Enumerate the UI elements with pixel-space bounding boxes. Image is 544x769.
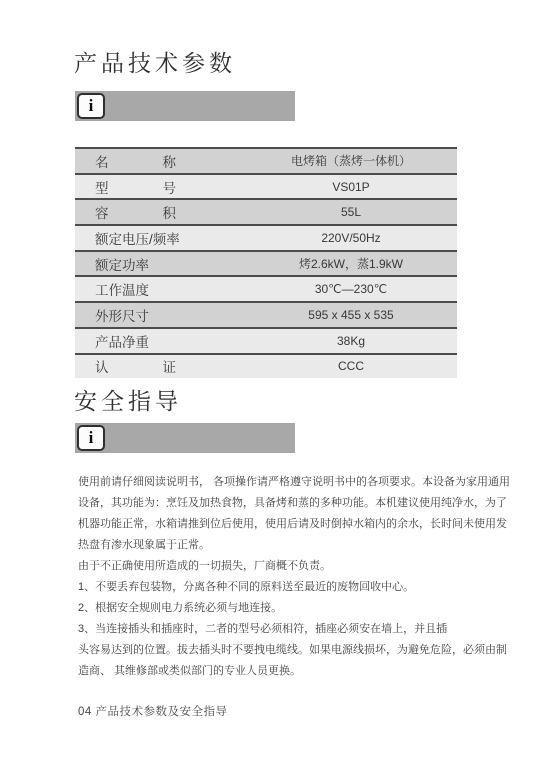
- table-row: 产品净重 38Kg: [75, 327, 457, 353]
- manual-page: 产品技术参数 i 名 称 电烤箱（蒸烤一体机） 型 号 VS01P 容 积 55…: [0, 0, 544, 769]
- section-title-safety: 安全指导: [74, 388, 182, 414]
- safety-line: 3、当连接插头和插座时，二者的型号必须相符，插座必须安在墙上，并且插: [78, 619, 518, 640]
- info-bar-safety: i: [75, 423, 295, 453]
- spec-label: 工作温度: [75, 279, 245, 299]
- spec-label: 产品净重: [75, 331, 245, 351]
- spec-value: 38Kg: [245, 334, 457, 348]
- spec-value: 30℃—230℃: [245, 282, 457, 296]
- safety-line: 使用前请仔细阅读说明书， 各项操作请严格遵守说明书中的各项要求。本设备为家用通用: [78, 472, 518, 493]
- spec-value: CCC: [245, 359, 457, 373]
- table-row: 外形尺寸 595 x 455 x 535: [75, 301, 457, 327]
- table-row: 额定电压/频率 220V/50Hz: [75, 224, 457, 250]
- safety-line: 头容易达到的位置。拔去插头时不要拽电缆线。如果电源线损坏，为避免危险，必须由制: [78, 640, 518, 661]
- safety-line: 热盘有渗水现象属于正常。: [78, 535, 518, 556]
- info-bar-specs: i: [75, 91, 295, 121]
- spec-value: 220V/50Hz: [245, 231, 457, 245]
- info-icon-glyph: i: [89, 97, 94, 114]
- spec-value: 55L: [245, 205, 457, 219]
- safety-line: 造商、 其维修部或类似部门的专业人员更换。: [78, 661, 518, 682]
- spec-value: 595 x 455 x 535: [245, 308, 457, 322]
- spec-label: 名 称: [75, 151, 245, 171]
- section-title-specs: 产品技术参数: [74, 50, 236, 76]
- spec-table: 名 称 电烤箱（蒸烤一体机） 型 号 VS01P 容 积 55L 额定电压/频率…: [75, 147, 457, 378]
- table-row: 认 证 CCC: [75, 353, 457, 379]
- safety-line: 机器功能正常，水箱请推到位后使用，使用后请及时倒掉水箱内的余水，长时间未使用发: [78, 514, 518, 535]
- page-footer: 04 产品技术参数及安全指导: [78, 703, 228, 719]
- safety-line: 2、根据安全规则电力系统必须与地连接。: [78, 598, 518, 619]
- table-row: 容 积 55L: [75, 198, 457, 224]
- table-row: 名 称 电烤箱（蒸烤一体机）: [75, 147, 457, 173]
- spec-label: 型 号: [75, 177, 245, 197]
- table-row: 额定功率 烤2.6kW，蒸1.9kW: [75, 250, 457, 276]
- safety-line: 设备，其功能为：烹饪及加热食物，具备烤和蒸的多种功能。本机建议使用纯净水，为了: [78, 493, 518, 514]
- spec-value: 烤2.6kW，蒸1.9kW: [245, 255, 457, 272]
- spec-label: 额定功率: [75, 254, 245, 274]
- safety-instructions: 使用前请仔细阅读说明书， 各项操作请严格遵守说明书中的各项要求。本设备为家用通用…: [78, 472, 518, 682]
- safety-line: 1、不要丢弃包装物，分离各种不同的原料送至最近的废物回收中心。: [78, 577, 518, 598]
- safety-line: 由于不正确使用所造成的一切损失，厂商概不负责。: [78, 556, 518, 577]
- table-row: 工作温度 30℃—230℃: [75, 275, 457, 301]
- spec-value: 电烤箱（蒸烤一体机）: [245, 152, 457, 169]
- info-icon: i: [77, 425, 105, 451]
- spec-label: 认 证: [75, 356, 245, 376]
- spec-label: 容 积: [75, 202, 245, 222]
- info-icon-glyph: i: [89, 429, 94, 446]
- info-icon: i: [77, 93, 105, 119]
- spec-label: 外形尺寸: [75, 305, 245, 325]
- table-row: 型 号 VS01P: [75, 173, 457, 199]
- spec-label: 额定电压/频率: [75, 228, 245, 248]
- spec-value: VS01P: [245, 180, 457, 194]
